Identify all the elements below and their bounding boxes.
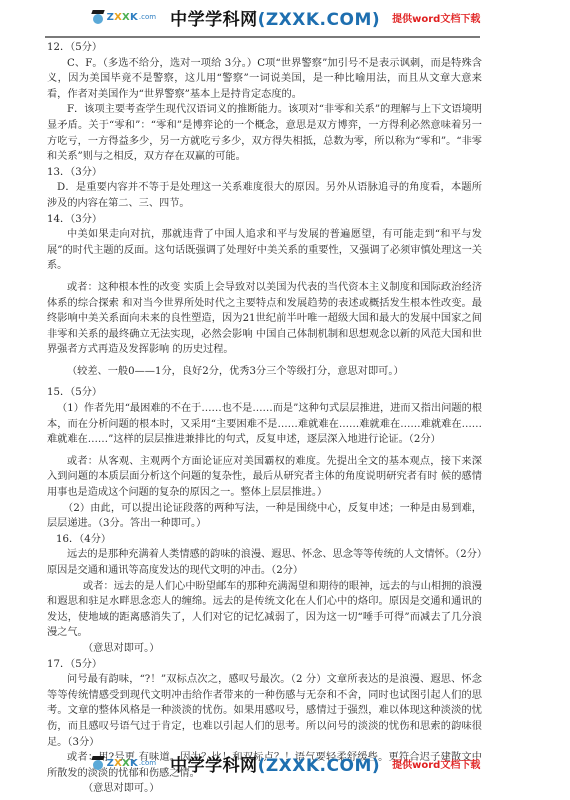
q14-answer: 中美如果走向对抗，那就违背了中国人追求和平与发展的普遍愿望，有可能走到“和平与发… <box>47 227 482 274</box>
header-divider <box>45 36 480 38</box>
site-name: 中学学科网(ZXXK.COM) <box>170 5 380 30</box>
answer-content: 12．（5分） C、F。（多选不给分，选对一项给 3分。）C项“世界警察”加引号… <box>47 40 482 797</box>
logo-text: ZXXK <box>107 12 138 23</box>
header-banner: ZXXK .com 中学学科网(ZXXK.COM) 提供word文档下载 <box>0 2 570 32</box>
q17-note: （意思对即可。） <box>47 781 482 797</box>
footer-banner: ZXXK .com 中学学科网(ZXXK.COM) 提供word文档下载 <box>0 748 570 778</box>
q16-answer: 远去的是那种充满着人类情感的韵味的浪漫、遐思、怀念、思念等等传统的人文情怀。（2… <box>47 547 482 578</box>
q15-alternative: 或者：从客观、主观两个方面论证应对美国霸权的难度。先提出全文的基本观点，接下来深… <box>47 454 482 501</box>
q16-note: （意思对即可。） <box>47 641 482 657</box>
footer-site-domain: (ZXXK.COM) <box>258 756 381 776</box>
q17-answer: 问号最有韵味，“?！”双标点次之，感叹号最次。（2 分）文章所表达的是浪漫、遐思… <box>47 672 482 750</box>
q16-alternative: 或者：远去的是人们心中盼望邮车的那种充满渴望和期待的眼神，远去的与山相拥的浪漫和… <box>47 579 482 641</box>
q15-heading: 15．（5分） <box>47 385 482 401</box>
q14-alternative: 或者：这种根本性的改变 实质上会导致对以美国为代表的当代资本主义制度和国际政治经… <box>47 280 482 358</box>
logo-text: ZXXK <box>107 758 138 769</box>
q16-heading: 16．（4分） <box>56 532 482 548</box>
q14-heading: 14．（3分） <box>47 212 482 228</box>
footer-tagline: 提供word文档下载 <box>392 756 480 771</box>
q12-explanation: F．该项主要考查学生现代汉语词义的推断能力。该项对“非零和关系”的理解与上下文语… <box>47 102 482 164</box>
site-tagline: 提供word文档下载 <box>392 10 480 25</box>
q13-answer: D．是重要内容并不等于是处理这一关系难度很大的原因。另外从语脉追寻的角度看，本题… <box>47 180 482 211</box>
q15-part1: （1）作者先用“最困难的不在于……也不是……而是”这种句式层层推进，进而又指出问… <box>47 401 482 448</box>
q17-heading: 17．（5分） <box>47 657 482 673</box>
logo-com: .com <box>139 759 156 767</box>
footer-logo: ZXXK .com <box>90 755 156 771</box>
mascot-graduate-icon <box>90 755 106 771</box>
site-domain: (ZXXK.COM) <box>258 10 381 30</box>
q15-part2: （2）由此，可以提出论证段落的两种写法，一种是围绕中心，反复申述；一种是由易到难… <box>47 501 482 532</box>
q12-answer: C、F。（多选不给分，选对一项给 3分。）C项“世界警察”加引号不是表示讽刺，而… <box>47 56 482 103</box>
q13-heading: 13．（3分） <box>47 165 482 181</box>
q14-scoring-note: （较差、一般0——1分，良好2分，优秀3分三个等级打分，意思对即可。） <box>47 364 482 380</box>
mascot-graduate-icon <box>90 9 106 25</box>
q12-heading: 12．（5分） <box>47 40 482 56</box>
site-logo: ZXXK .com <box>90 9 156 25</box>
footer-site-name: 中学学科网(ZXXK.COM) <box>170 751 380 776</box>
logo-com: .com <box>139 13 156 21</box>
